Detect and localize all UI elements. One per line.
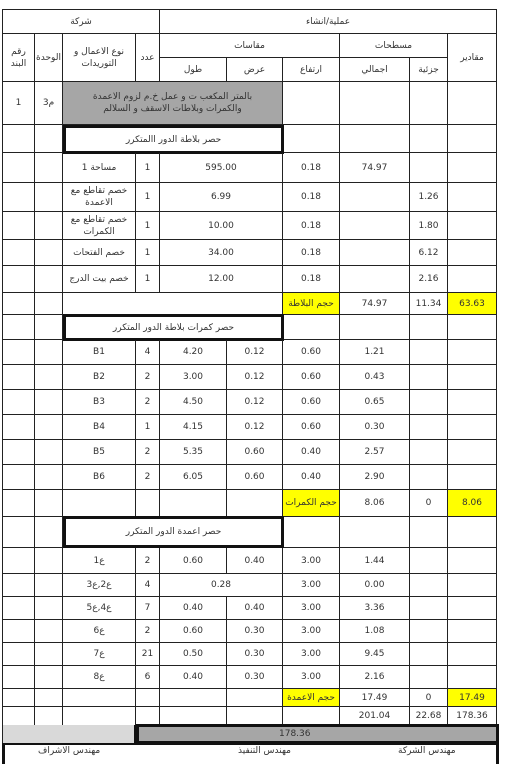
empty-cell [2,365,35,390]
empty-cell [410,390,448,415]
empty-cell [2,517,35,548]
col-work-type: نوع الاعمال و التوريدات [63,34,136,82]
group-areas: مسطحات [340,34,448,58]
empty-cell [2,390,35,415]
empty-cell [410,666,448,689]
row-total: 2.90 [340,465,410,490]
row-height: 3.00 [283,620,340,643]
row-total [340,240,410,266]
empty-cell [2,574,35,597]
empty-cell [35,440,63,465]
empty-cell [2,643,35,666]
empty-cell [35,340,63,365]
row-name: B2 [63,365,136,390]
row-merged-dimension: 0.28 [160,574,283,597]
execution-engineer-label: مهندس التنفيذ [238,746,291,756]
row-height: 0.60 [283,415,340,440]
row-width: 0.30 [227,643,283,666]
empty-cell [410,620,448,643]
row-name: خصم تقاطع مع الاعمدة [63,183,136,212]
row-partial: 2.16 [410,266,448,293]
row-partial: 6.12 [410,240,448,266]
empty-cell [340,125,410,153]
empty-cell [448,212,497,240]
row-count: 21 [136,643,160,666]
row-total: 3.36 [340,597,410,620]
empty-cell [448,517,497,548]
row-height: 0.18 [283,266,340,293]
empty-cell [35,620,63,643]
empty-cell [227,689,283,707]
empty-cell [410,643,448,666]
empty-cell [448,365,497,390]
empty-cell [448,153,497,183]
col-count: عدد [136,34,160,82]
row-width: 0.30 [227,620,283,643]
empty-cell [410,340,448,365]
empty-cell [227,490,283,517]
empty-cell [136,490,160,517]
empty-cell [2,293,35,315]
item-description: بالمتر المكعب ت و عمل خ.م لزوم الاعمدة و… [63,82,283,125]
row-count: 1 [136,240,160,266]
empty-cell [63,293,283,315]
empty-cell [448,465,497,490]
row-width: 0.40 [227,548,283,574]
empty-cell [35,574,63,597]
row-length: 10.00 [160,212,283,240]
empty-cell [160,490,227,517]
empty-cell [284,517,340,548]
row-name: ع2,ع3 [63,574,136,597]
row-total [340,266,410,293]
row-length: 34.00 [160,240,283,266]
row-length: 3.00 [160,365,227,390]
empty-cell [448,620,497,643]
empty-cell [2,666,35,689]
col-total: اجمالي [340,58,410,82]
empty-cell [448,415,497,440]
empty-cell [284,125,340,153]
row-total: 1.21 [340,340,410,365]
empty-cell [448,266,497,293]
final-total-bar: 178.36 [136,724,499,744]
empty-cell [2,548,35,574]
row-total: 1.08 [340,620,410,643]
empty-cell [448,315,497,340]
row-length: 12.00 [160,266,283,293]
row-name: ع7 [63,643,136,666]
col-quantities: مقادير [448,34,497,82]
empty-cell [2,440,35,465]
row-name: B1 [63,340,136,365]
row-length: 0.40 [160,597,227,620]
empty-cell [340,82,410,125]
beam-section-title: حصر كمرات بلاطة الدور المتكرر [63,314,284,341]
row-total: 74.97 [340,153,410,183]
slab-summary-total: 74.97 [340,293,410,315]
beam-summary-partial: 0 [410,490,448,517]
empty-cell [448,340,497,365]
supervision-engineer-label: مهندس الاشراف [38,746,100,756]
empty-cell [410,125,448,153]
row-count: 2 [136,440,160,465]
row-name: B4 [63,415,136,440]
item-unit: م3 [35,82,63,125]
empty-cell [35,315,63,340]
column-summary-quantity: 17.49 [448,689,497,707]
row-name: ع8 [63,666,136,689]
empty-cell [2,465,35,490]
row-partial [410,153,448,183]
row-count: 2 [136,465,160,490]
col-item-no: رقم البند [2,34,35,82]
empty-cell [35,415,63,440]
empty-cell [448,574,497,597]
row-width: 0.12 [227,365,283,390]
empty-cell [410,574,448,597]
empty-cell [2,153,35,183]
slab-volume-label: حجم البلاطة [283,293,340,315]
empty-cell [448,666,497,689]
row-width: 0.60 [227,465,283,490]
empty-cell [35,153,63,183]
col-width: عرض [227,58,283,82]
empty-cell [2,183,35,212]
row-name: B3 [63,390,136,415]
empty-cell [35,266,63,293]
final-bar-left [2,725,137,743]
row-count: 1 [136,212,160,240]
empty-cell [160,689,227,707]
row-name: B6 [63,465,136,490]
empty-cell [35,666,63,689]
empty-cell [410,597,448,620]
row-count: 4 [136,340,160,365]
empty-cell [2,212,35,240]
row-name: مساحة 1 [63,153,136,183]
row-length: 595.00 [160,153,283,183]
col-partial: جزئية [410,58,448,82]
empty-cell [448,643,497,666]
col-height: ارتفاع [283,58,340,82]
empty-cell [35,490,63,517]
row-width: 0.30 [227,666,283,689]
slab-summary-quantity: 63.63 [448,293,497,315]
empty-cell [63,689,136,707]
empty-cell [35,643,63,666]
row-count: 1 [136,153,160,183]
final-total-value: 178.36 [279,729,311,739]
col-length: طول [160,58,227,82]
row-total: 0.65 [340,390,410,415]
empty-cell [2,415,35,440]
group-dimensions: مقاسات [160,34,340,58]
row-height: 0.18 [283,212,340,240]
empty-cell [410,440,448,465]
row-name: خصم الفتحات [63,240,136,266]
slab-summary-partial: 11.34 [410,293,448,315]
row-height: 0.60 [283,390,340,415]
column-summary-total: 17.49 [340,689,410,707]
empty-cell [448,183,497,212]
row-name: B5 [63,440,136,465]
empty-cell [35,183,63,212]
empty-cell [410,548,448,574]
row-length: 0.50 [160,643,227,666]
company-engineer-label: مهندس الشركة [398,746,456,756]
beam-volume-label: حجم الكمرات [283,490,340,517]
column-volume-label: حجم الاعمدة [283,689,340,707]
row-height: 0.18 [283,153,340,183]
empty-cell [35,365,63,390]
empty-cell [410,465,448,490]
row-length: 5.35 [160,440,227,465]
row-width: 0.40 [227,597,283,620]
empty-cell [2,340,35,365]
row-width: 0.12 [227,415,283,440]
row-height: 0.40 [283,465,340,490]
empty-cell [448,125,497,153]
row-count: 1 [136,183,160,212]
column-summary-partial: 0 [410,689,448,707]
row-width: 0.12 [227,340,283,365]
row-total: 0.30 [340,415,410,440]
item-number: 1 [2,82,35,125]
row-name: خصم تقاطع مع الكمرات [63,212,136,240]
row-total [340,212,410,240]
empty-cell [35,597,63,620]
row-height: 0.40 [283,440,340,465]
slab-section-title: حصر بلاطة الدور االمتكرر [63,125,284,154]
empty-cell [35,465,63,490]
empty-cell [410,415,448,440]
row-count: 1 [136,266,160,293]
row-total: 0.00 [340,574,410,597]
empty-cell [35,689,63,707]
empty-cell [448,548,497,574]
row-length: 6.05 [160,465,227,490]
empty-cell [2,597,35,620]
row-height: 0.60 [283,340,340,365]
empty-cell [2,315,35,340]
beam-summary-total: 8.06 [340,490,410,517]
row-count: 2 [136,620,160,643]
empty-cell [2,240,35,266]
empty-cell [2,490,35,517]
col-unit: الوحدة [35,34,63,82]
empty-cell [35,390,63,415]
empty-cell [284,315,340,340]
column-section-title: حصر اعمدة الدور المتكرر [63,516,284,548]
empty-cell [448,597,497,620]
row-name: ع1 [63,548,136,574]
row-count: 2 [136,365,160,390]
empty-cell [35,240,63,266]
empty-cell [2,707,35,726]
empty-cell [63,490,136,517]
row-partial: 1.80 [410,212,448,240]
operation-header: عملية/انشاء [160,9,497,34]
row-count: 2 [136,548,160,574]
empty-cell [410,315,448,340]
row-height: 0.18 [283,183,340,212]
empty-cell [2,620,35,643]
empty-cell [35,548,63,574]
row-count: 2 [136,390,160,415]
row-name: ع4,ع5 [63,597,136,620]
row-partial: 1.26 [410,183,448,212]
empty-cell [35,212,63,240]
row-length: 4.15 [160,415,227,440]
empty-cell [63,707,136,726]
row-width: 0.60 [227,440,283,465]
row-total: 9.45 [340,643,410,666]
row-count: 6 [136,666,160,689]
row-name: ع6 [63,620,136,643]
empty-cell [2,125,35,153]
empty-cell [35,517,63,548]
row-height: 3.00 [283,548,340,574]
row-length: 6.99 [160,183,283,212]
empty-cell [35,293,63,315]
row-height: 3.00 [283,643,340,666]
row-length: 4.50 [160,390,227,415]
row-total [340,183,410,212]
row-count: 1 [136,415,160,440]
empty-cell [448,390,497,415]
empty-cell [448,240,497,266]
empty-cell [35,125,63,153]
empty-cell [410,517,448,548]
beam-summary-quantity: 8.06 [448,490,497,517]
row-total: 0.43 [340,365,410,390]
empty-cell [283,82,340,125]
row-width: 0.12 [227,390,283,415]
row-count: 7 [136,597,160,620]
row-length: 0.60 [160,620,227,643]
company-header: شركة [2,9,160,34]
row-height: 0.60 [283,365,340,390]
empty-cell [448,82,497,125]
empty-cell [340,517,410,548]
row-length: 4.20 [160,340,227,365]
empty-cell [340,315,410,340]
empty-cell [2,266,35,293]
row-count: 4 [136,574,160,597]
row-height: 3.00 [283,597,340,620]
empty-cell [410,82,448,125]
empty-cell [35,707,63,726]
empty-cell [448,440,497,465]
row-name: خصم بيت الدرج [63,266,136,293]
row-height: 3.00 [283,574,340,597]
row-height: 3.00 [283,666,340,689]
row-total: 1.44 [340,548,410,574]
empty-cell [136,689,160,707]
row-total: 2.57 [340,440,410,465]
row-height: 0.18 [283,240,340,266]
empty-cell [410,365,448,390]
empty-cell [2,689,35,707]
row-length: 0.60 [160,548,227,574]
row-total: 2.16 [340,666,410,689]
row-length: 0.40 [160,666,227,689]
